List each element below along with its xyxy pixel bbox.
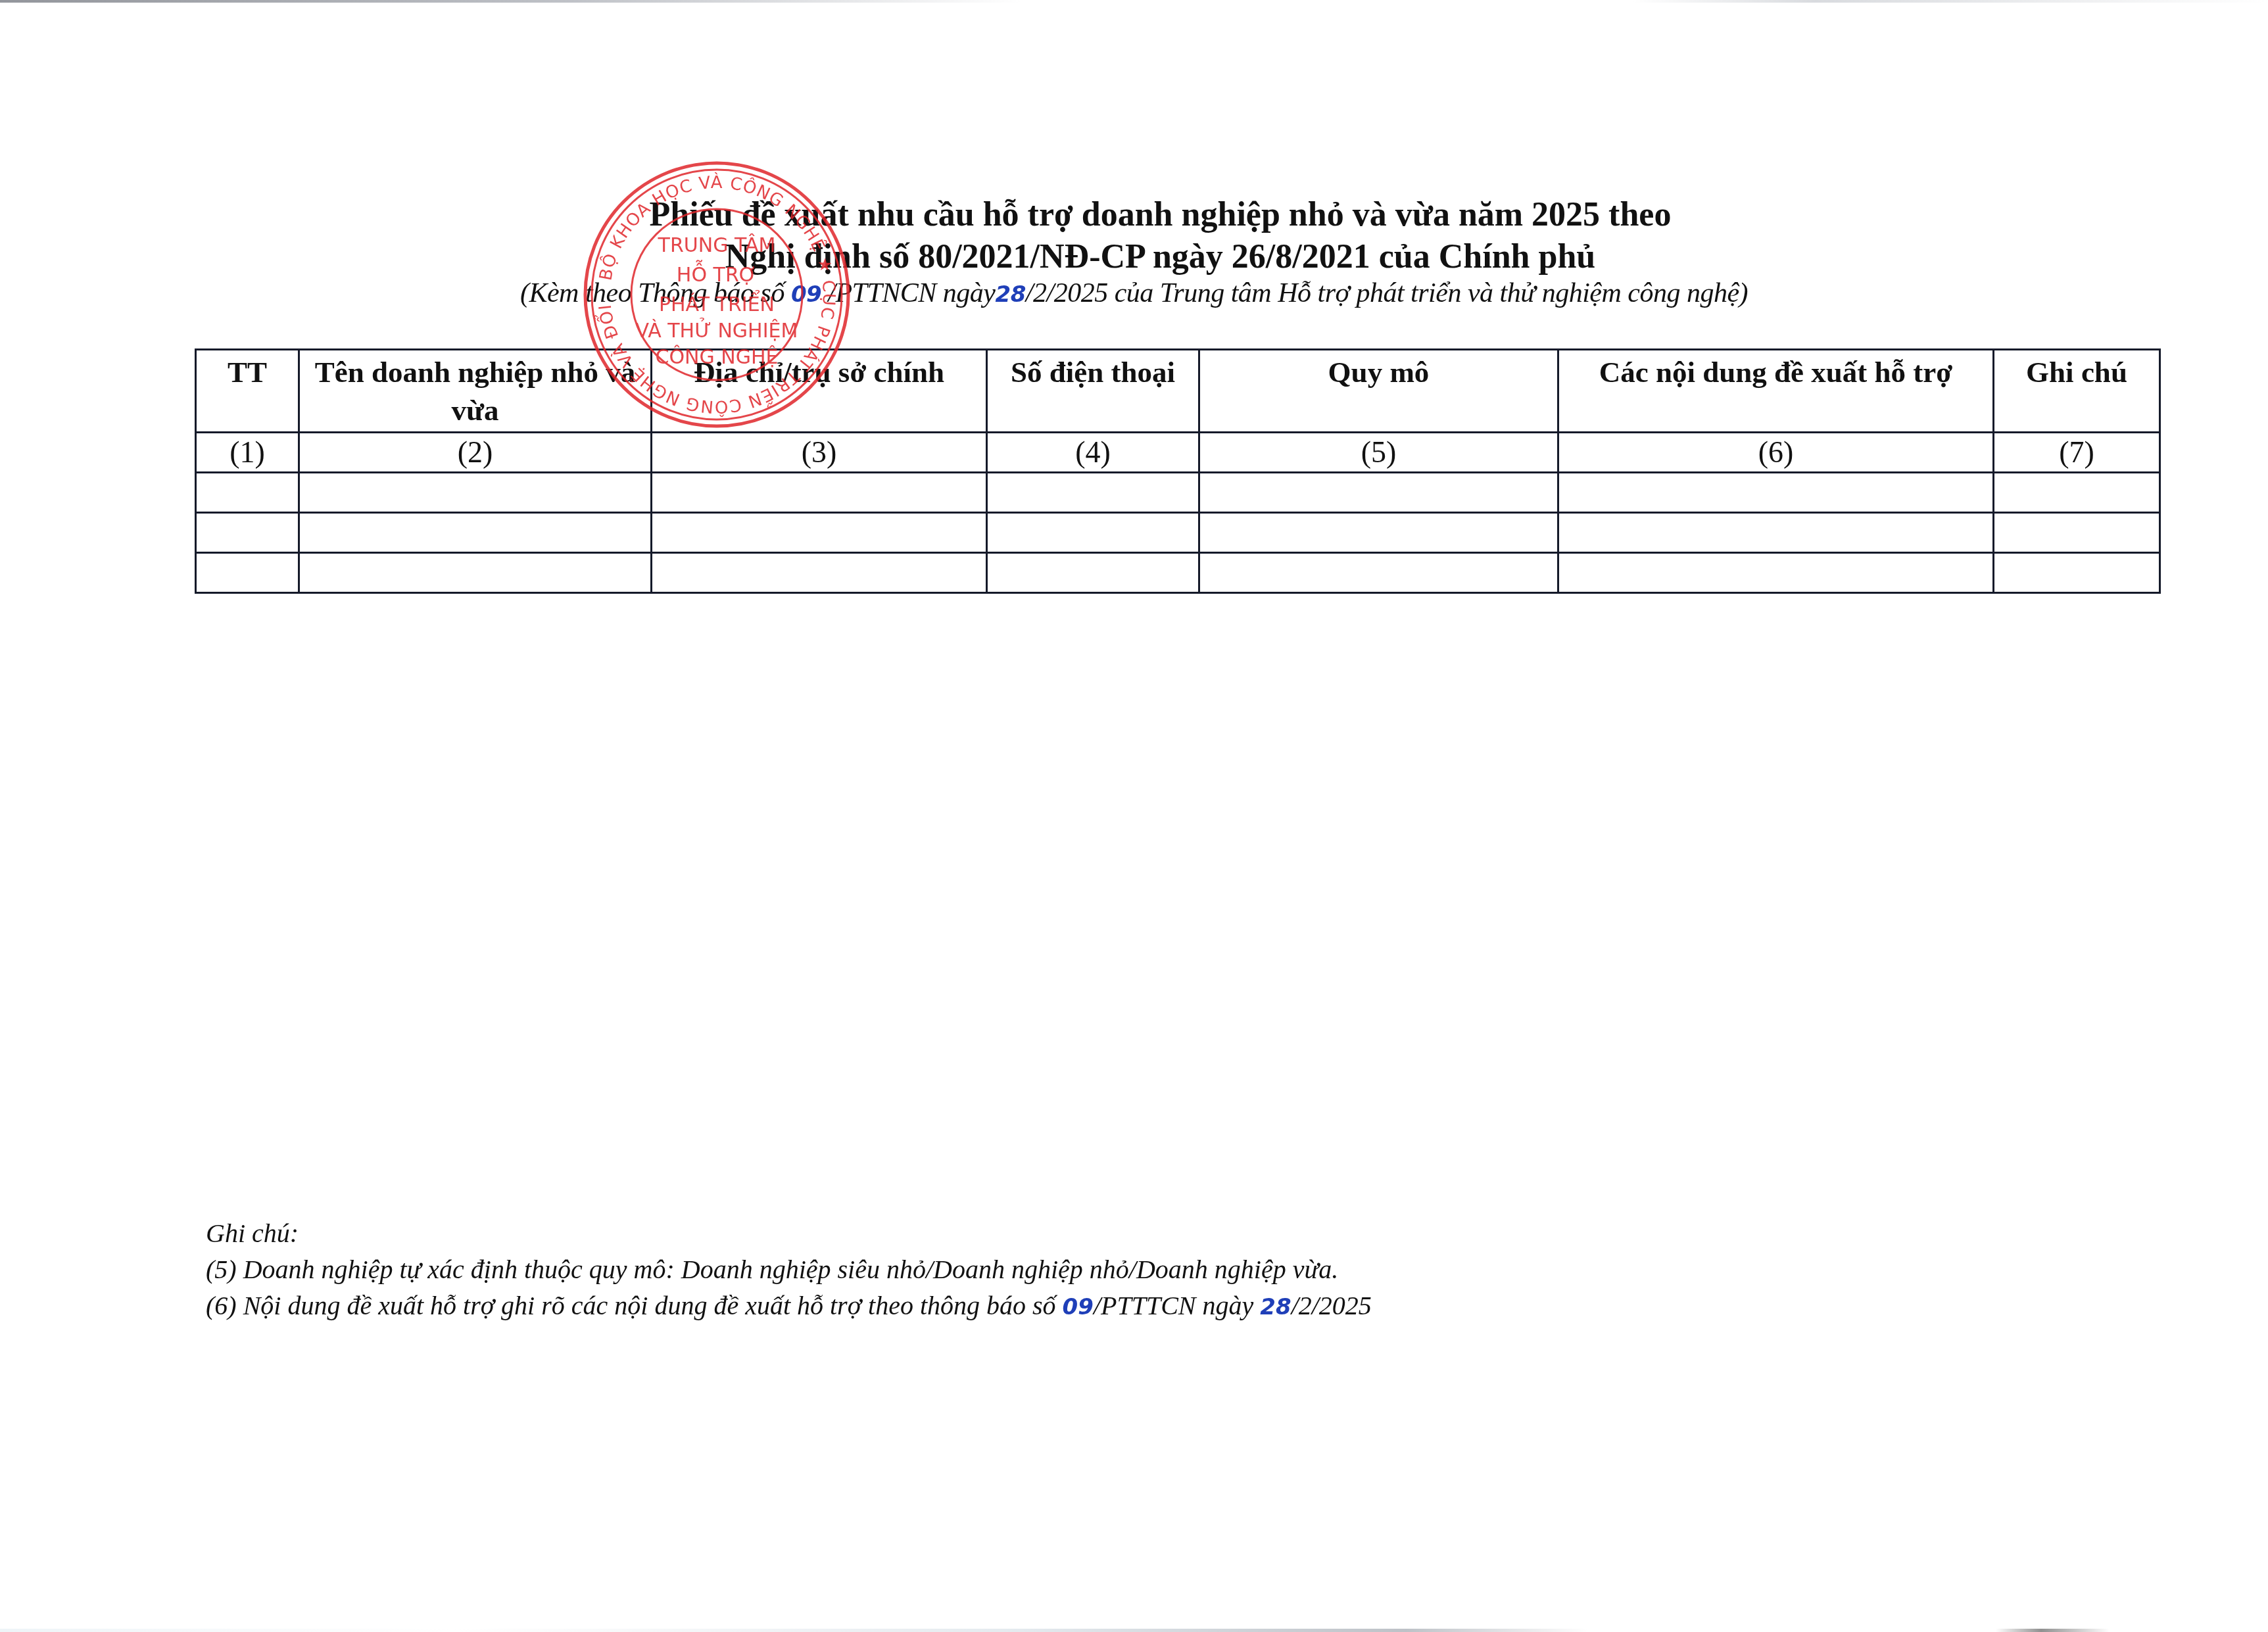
document-subtitle: (Kèm theo Thông báo số 09 /PTTNCN ngày28…: [0, 276, 2268, 312]
footnotes: Ghi chú: (5) Doanh nghiệp tự xác định th…: [206, 1215, 1372, 1326]
column-number: (1): [196, 433, 299, 473]
header-scale: Quy mô: [1199, 350, 1558, 433]
table-cell: [196, 513, 299, 553]
table-row: [196, 553, 2160, 593]
table-cell: [1994, 513, 2160, 553]
table-cell: [1558, 513, 1994, 553]
note-5: (5) Doanh nghiệp tự xác định thuộc quy m…: [206, 1251, 1372, 1287]
table-cell: [1558, 473, 1994, 513]
handwritten-notice-number: 09: [791, 281, 821, 308]
header-enterprise-name: Tên doanh nghiệp nhỏ và vừa: [299, 350, 652, 433]
column-number-row: (1) (2) (3) (4) (5) (6) (7): [196, 433, 2160, 473]
table-cell: [987, 513, 1199, 553]
table-cell: [196, 553, 299, 593]
subtitle-suffix: /2/2025 của Trung tâm Hỗ trợ phát triển …: [1026, 278, 1748, 308]
table-cell: [987, 553, 1199, 593]
note-6: (6) Nội dung đề xuất hỗ trợ ghi rõ các n…: [206, 1287, 1372, 1326]
column-number: (7): [1994, 433, 2160, 473]
notes-label: Ghi chú:: [206, 1215, 1372, 1251]
note6-middle: /PTTTCN ngày: [1094, 1291, 1260, 1320]
table-cell: [1199, 513, 1558, 553]
table-cell: [987, 473, 1199, 513]
column-number: (6): [1558, 433, 1994, 473]
column-number: (5): [1199, 433, 1558, 473]
table-cell: [299, 553, 652, 593]
handwritten-day: 28: [995, 281, 1025, 308]
header-tt: TT: [196, 350, 299, 433]
table-row: [196, 513, 2160, 553]
subtitle-middle: /PTTNCN ngày: [821, 278, 995, 308]
table-cell: [196, 473, 299, 513]
seal-line-4: VÀ THỬ NGHIỆM: [636, 317, 798, 343]
proposal-table: TT Tên doanh nghiệp nhỏ và vừa Địa chỉ/t…: [195, 348, 2161, 594]
document-title-line2: Nghị định số 80/2021/NĐ-CP ngày 26/8/202…: [26, 237, 2268, 277]
column-number: (3): [652, 433, 987, 473]
scan-edge-top: [0, 0, 2268, 3]
column-number: (2): [299, 433, 652, 473]
document-title-line1: Phiếu đề xuất nhu cầu hỗ trợ doanh nghiệ…: [26, 195, 2268, 235]
note6-suffix: /2/2025: [1291, 1291, 1372, 1320]
note6-prefix: (6) Nội dung đề xuất hỗ trợ ghi rõ các n…: [206, 1291, 1063, 1320]
table-cell: [652, 513, 987, 553]
table-cell: [1994, 473, 2160, 513]
table-cell: [299, 473, 652, 513]
handwritten-day: 28: [1260, 1294, 1291, 1320]
table-cell: [652, 473, 987, 513]
header-address: Địa chỉ/trụ sở chính: [652, 350, 987, 433]
handwritten-notice-number: 09: [1063, 1294, 1094, 1320]
table-header-row: TT Tên doanh nghiệp nhỏ và vừa Địa chỉ/t…: [196, 350, 2160, 433]
header-support-content: Các nội dung đề xuất hỗ trợ: [1558, 350, 1994, 433]
scan-edge-bottom: [0, 1629, 2268, 1632]
table-cell: [652, 553, 987, 593]
table-cell: [1558, 553, 1994, 593]
table-cell: [1199, 553, 1558, 593]
header-phone: Số điện thoại: [987, 350, 1199, 433]
table-cell: [1994, 553, 2160, 593]
table-cell: [299, 513, 652, 553]
column-number: (4): [987, 433, 1199, 473]
table-cell: [1199, 473, 1558, 513]
header-notes: Ghi chú: [1994, 350, 2160, 433]
subtitle-prefix: (Kèm theo Thông báo số: [520, 278, 791, 308]
table-row: [196, 473, 2160, 513]
